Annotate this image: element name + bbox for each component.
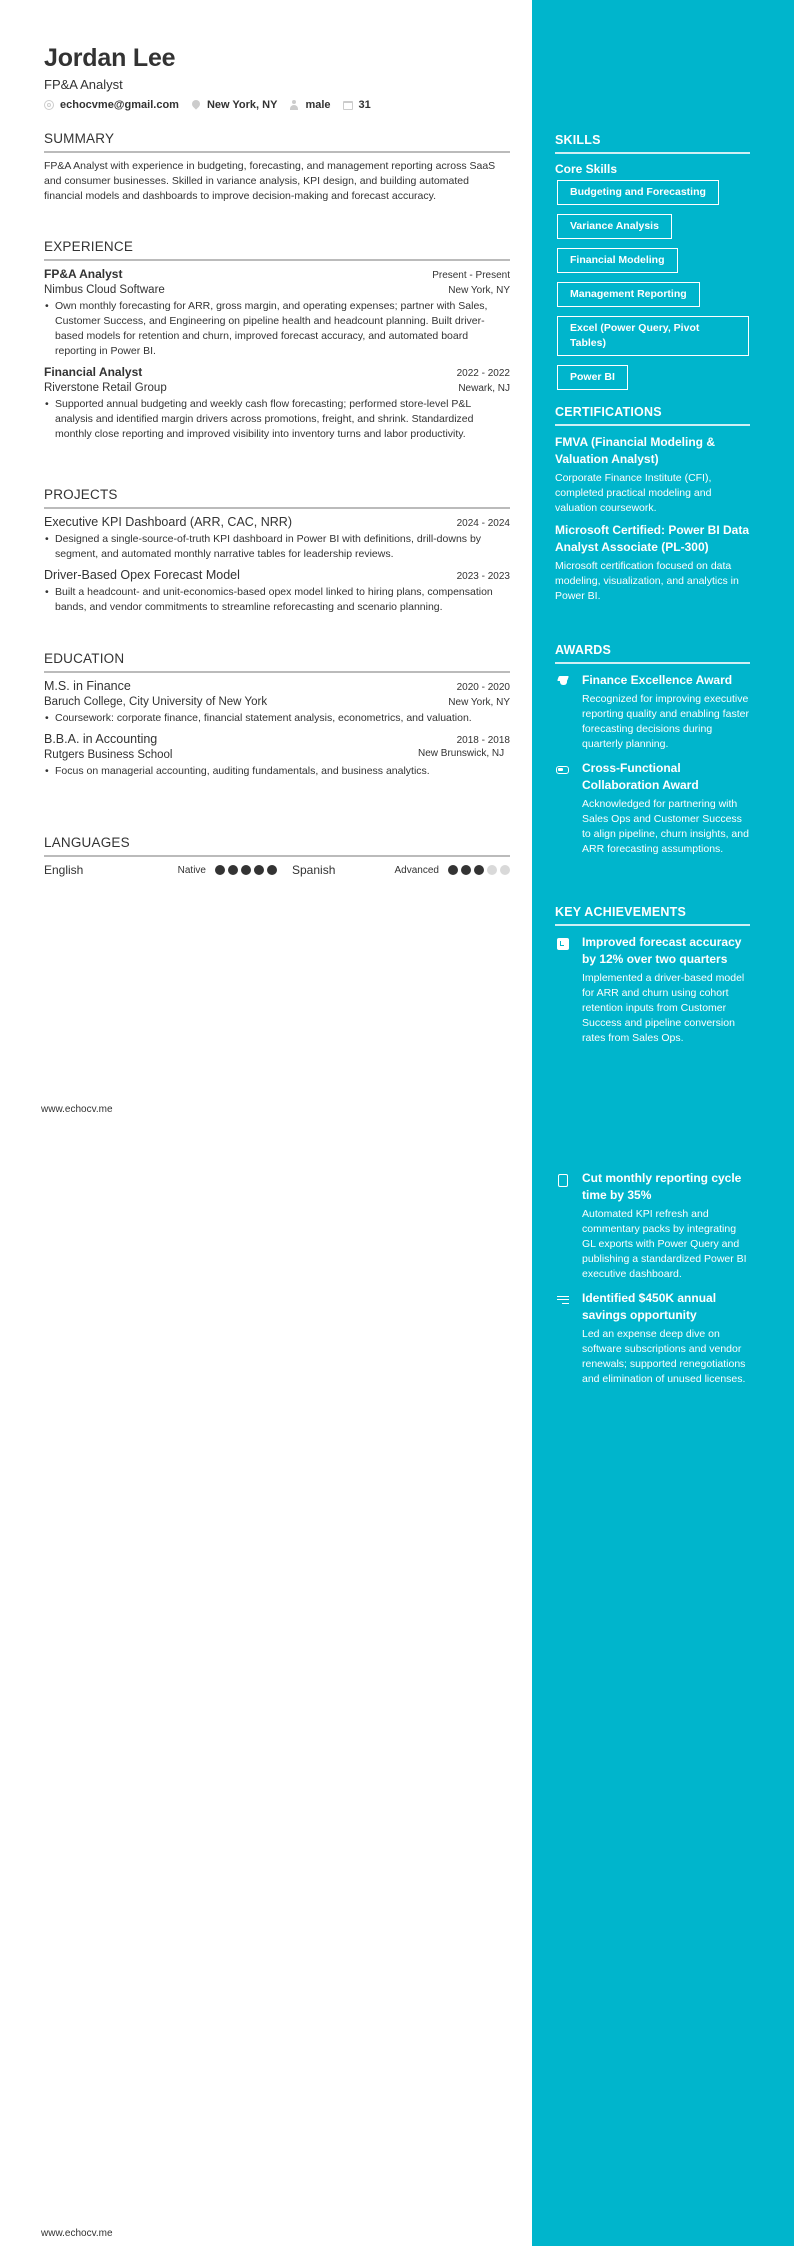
tablet-icon xyxy=(558,1174,568,1187)
project-entry: Driver-Based Opex Forecast Model 2023 - … xyxy=(44,568,510,615)
job-location: Newark, NJ xyxy=(458,383,510,394)
certification-desc: Microsoft certification focused on data … xyxy=(555,559,750,604)
education-section: EDUCATION M.S. in Finance 2020 - 2020 Ba… xyxy=(44,651,510,785)
awards-section: AWARDS Finance Excellence Award Recogniz… xyxy=(555,643,750,865)
section-heading: SKILLS xyxy=(555,133,750,154)
section-heading: EXPERIENCE xyxy=(44,239,510,261)
achievement-desc: Automated KPI refresh and commentary pac… xyxy=(582,1207,750,1282)
language-rating xyxy=(212,865,277,875)
contact-age: 31 xyxy=(343,99,371,111)
certification-desc: Corporate Finance Institute (CFI), compl… xyxy=(555,471,750,516)
skill-tag: Power BI xyxy=(557,365,628,390)
achievements-continued: Cut monthly reporting cycle time by 35% … xyxy=(555,1170,750,1395)
contact-gender: male xyxy=(289,99,330,111)
language-level: Native xyxy=(178,865,206,876)
rating-dot-filled xyxy=(215,865,225,875)
section-heading: LANGUAGES xyxy=(44,835,510,857)
sidebar: SKILLS Core Skills Budgeting and Forecas… xyxy=(532,0,794,2246)
skills-section: SKILLS Core Skills Budgeting and Forecas… xyxy=(555,133,750,399)
rating-dot-filled xyxy=(461,865,471,875)
at-icon xyxy=(44,100,54,110)
bullet-item: Designed a single-source-of-truth KPI da… xyxy=(44,532,510,562)
contact-email[interactable]: echocvme@gmail.com xyxy=(44,99,179,111)
footer-link[interactable]: www.echocv.me xyxy=(41,2228,113,2239)
contact-gender-value: male xyxy=(305,99,330,111)
language-name: English xyxy=(44,863,164,877)
degree: M.S. in Finance xyxy=(44,679,131,693)
language-item: Spanish Advanced xyxy=(277,863,510,877)
skill-tag: Financial Modeling xyxy=(557,248,678,273)
project-entry: Executive KPI Dashboard (ARR, CAC, NRR) … xyxy=(44,515,510,562)
award-title: Finance Excellence Award xyxy=(582,672,750,689)
rating-dot-filled xyxy=(267,865,277,875)
contact-list: echocvme@gmail.com New York, NY male 31 xyxy=(44,99,383,111)
achievement-item: Improved forecast accuracy by 12% over t… xyxy=(555,934,750,1046)
rating-dot-filled xyxy=(474,865,484,875)
education-entry: M.S. in Finance 2020 - 2020 Baruch Colle… xyxy=(44,679,510,726)
achievement-title: Identified $450K annual savings opportun… xyxy=(582,1290,750,1324)
section-heading: SUMMARY xyxy=(44,131,510,153)
rating-dot-empty xyxy=(500,865,510,875)
award-desc: Acknowledged for partnering with Sales O… xyxy=(582,797,750,857)
bullet-item: Supported annual budgeting and weekly ca… xyxy=(44,397,510,442)
award-title: Cross-Functional Collaboration Award xyxy=(582,760,750,794)
achievement-title: Improved forecast accuracy by 12% over t… xyxy=(582,934,750,968)
language-rating xyxy=(445,865,510,875)
bullet-item: Focus on managerial accounting, auditing… xyxy=(44,764,510,779)
achievement-desc: Led an expense deep dive on software sub… xyxy=(582,1327,750,1387)
graduation-cap-icon xyxy=(557,676,569,685)
job-bullets: Supported annual budgeting and weekly ca… xyxy=(44,397,510,442)
rating-dot-filled xyxy=(241,865,251,875)
user-icon xyxy=(289,100,299,110)
education-dates: 2018 - 2018 xyxy=(457,735,510,746)
achievements-section: KEY ACHIEVEMENTS Improved forecast accur… xyxy=(555,905,750,1054)
experience-entry: Financial Analyst 2022 - 2022 Riverstone… xyxy=(44,365,510,442)
contact-email-value: echocvme@gmail.com xyxy=(60,99,179,111)
school-name: Baruch College, City University of New Y… xyxy=(44,696,267,708)
certification-item: FMVA (Financial Modeling & Valuation Ana… xyxy=(555,434,750,516)
certifications-section: CERTIFICATIONS FMVA (Financial Modeling … xyxy=(555,405,750,610)
contact-age-value: 31 xyxy=(359,99,371,111)
language-level: Advanced xyxy=(395,865,439,876)
education-dates: 2020 - 2020 xyxy=(457,682,510,693)
rating-dot-filled xyxy=(228,865,238,875)
skill-tags: Budgeting and Forecasting Variance Analy… xyxy=(555,180,750,399)
certification-item: Microsoft Certified: Power BI Data Analy… xyxy=(555,522,750,604)
calendar-icon xyxy=(343,101,353,110)
award-item: Cross-Functional Collaboration Award Ack… xyxy=(555,760,750,857)
certification-title: FMVA (Financial Modeling & Valuation Ana… xyxy=(555,434,750,468)
degree: B.B.A. in Accounting xyxy=(44,732,157,746)
summary-section: SUMMARY FP&A Analyst with experience in … xyxy=(44,131,510,204)
rating-dot-filled xyxy=(254,865,264,875)
education-bullets: Focus on managerial accounting, auditing… xyxy=(44,764,510,779)
location-pin-icon xyxy=(191,100,201,110)
language-list: English Native Spanish Advanced xyxy=(44,863,510,877)
award-item: Finance Excellence Award Recognized for … xyxy=(555,672,750,752)
terminal-icon xyxy=(557,938,569,950)
battery-icon xyxy=(556,766,569,774)
contact-location-value: New York, NY xyxy=(207,99,278,111)
school-location: New Brunswick, NJ xyxy=(418,747,510,761)
project-dates: 2024 - 2024 xyxy=(457,518,510,529)
footer-link[interactable]: www.echocv.me xyxy=(41,1104,113,1115)
skill-tag: Excel (Power Query, Pivot Tables) xyxy=(557,316,749,356)
job-dates: Present - Present xyxy=(432,270,510,281)
bullet-item: Own monthly forecasting for ARR, gross m… xyxy=(44,299,510,359)
skills-subheading: Core Skills xyxy=(555,162,750,176)
project-title: Driver-Based Opex Forecast Model xyxy=(44,568,240,582)
job-title: Financial Analyst xyxy=(44,365,142,379)
skill-tag: Variance Analysis xyxy=(557,214,672,239)
education-bullets: Coursework: corporate finance, financial… xyxy=(44,711,510,726)
bullet-item: Coursework: corporate finance, financial… xyxy=(44,711,510,726)
skill-tag: Management Reporting xyxy=(557,282,700,307)
project-title: Executive KPI Dashboard (ARR, CAC, NRR) xyxy=(44,515,292,529)
job-location: New York, NY xyxy=(448,285,510,296)
job-title: FP&A Analyst xyxy=(44,267,122,281)
skill-tag: Budgeting and Forecasting xyxy=(557,180,719,205)
project-dates: 2023 - 2023 xyxy=(457,571,510,582)
languages-section: LANGUAGES English Native Spanish Advance… xyxy=(44,835,510,877)
rating-dot-empty xyxy=(487,865,497,875)
rating-dot-filled xyxy=(448,865,458,875)
summary-text: FP&A Analyst with experience in budgetin… xyxy=(44,159,510,204)
candidate-title: FP&A Analyst xyxy=(44,77,123,92)
language-item: English Native xyxy=(44,863,277,877)
section-heading: CERTIFICATIONS xyxy=(555,405,750,426)
experience-section: EXPERIENCE FP&A Analyst Present - Presen… xyxy=(44,239,510,448)
list-icon xyxy=(557,1296,569,1304)
candidate-name: Jordan Lee xyxy=(44,44,175,73)
achievement-desc: Implemented a driver-based model for ARR… xyxy=(582,971,750,1046)
achievement-item: Identified $450K annual savings opportun… xyxy=(555,1290,750,1387)
section-heading: EDUCATION xyxy=(44,651,510,673)
school-location: New York, NY xyxy=(448,697,510,708)
experience-entry: FP&A Analyst Present - Present Nimbus Cl… xyxy=(44,267,510,359)
language-name: Spanish xyxy=(292,863,395,877)
award-desc: Recognized for improving executive repor… xyxy=(582,692,750,752)
bullet-item: Built a headcount- and unit-economics-ba… xyxy=(44,585,510,615)
contact-location: New York, NY xyxy=(191,99,278,111)
achievement-title: Cut monthly reporting cycle time by 35% xyxy=(582,1170,750,1204)
achievement-item: Cut monthly reporting cycle time by 35% … xyxy=(555,1170,750,1282)
company-name: Riverstone Retail Group xyxy=(44,382,167,394)
section-heading: PROJECTS xyxy=(44,487,510,509)
section-heading: KEY ACHIEVEMENTS xyxy=(555,905,750,926)
job-dates: 2022 - 2022 xyxy=(457,368,510,379)
school-name: Rutgers Business School xyxy=(44,749,172,761)
projects-section: PROJECTS Executive KPI Dashboard (ARR, C… xyxy=(44,487,510,621)
project-bullets: Built a headcount- and unit-economics-ba… xyxy=(44,585,510,615)
certification-title: Microsoft Certified: Power BI Data Analy… xyxy=(555,522,750,556)
education-entry: B.B.A. in Accounting 2018 - 2018 Rutgers… xyxy=(44,732,510,779)
company-name: Nimbus Cloud Software xyxy=(44,284,165,296)
project-bullets: Designed a single-source-of-truth KPI da… xyxy=(44,532,510,562)
section-heading: AWARDS xyxy=(555,643,750,664)
job-bullets: Own monthly forecasting for ARR, gross m… xyxy=(44,299,510,359)
